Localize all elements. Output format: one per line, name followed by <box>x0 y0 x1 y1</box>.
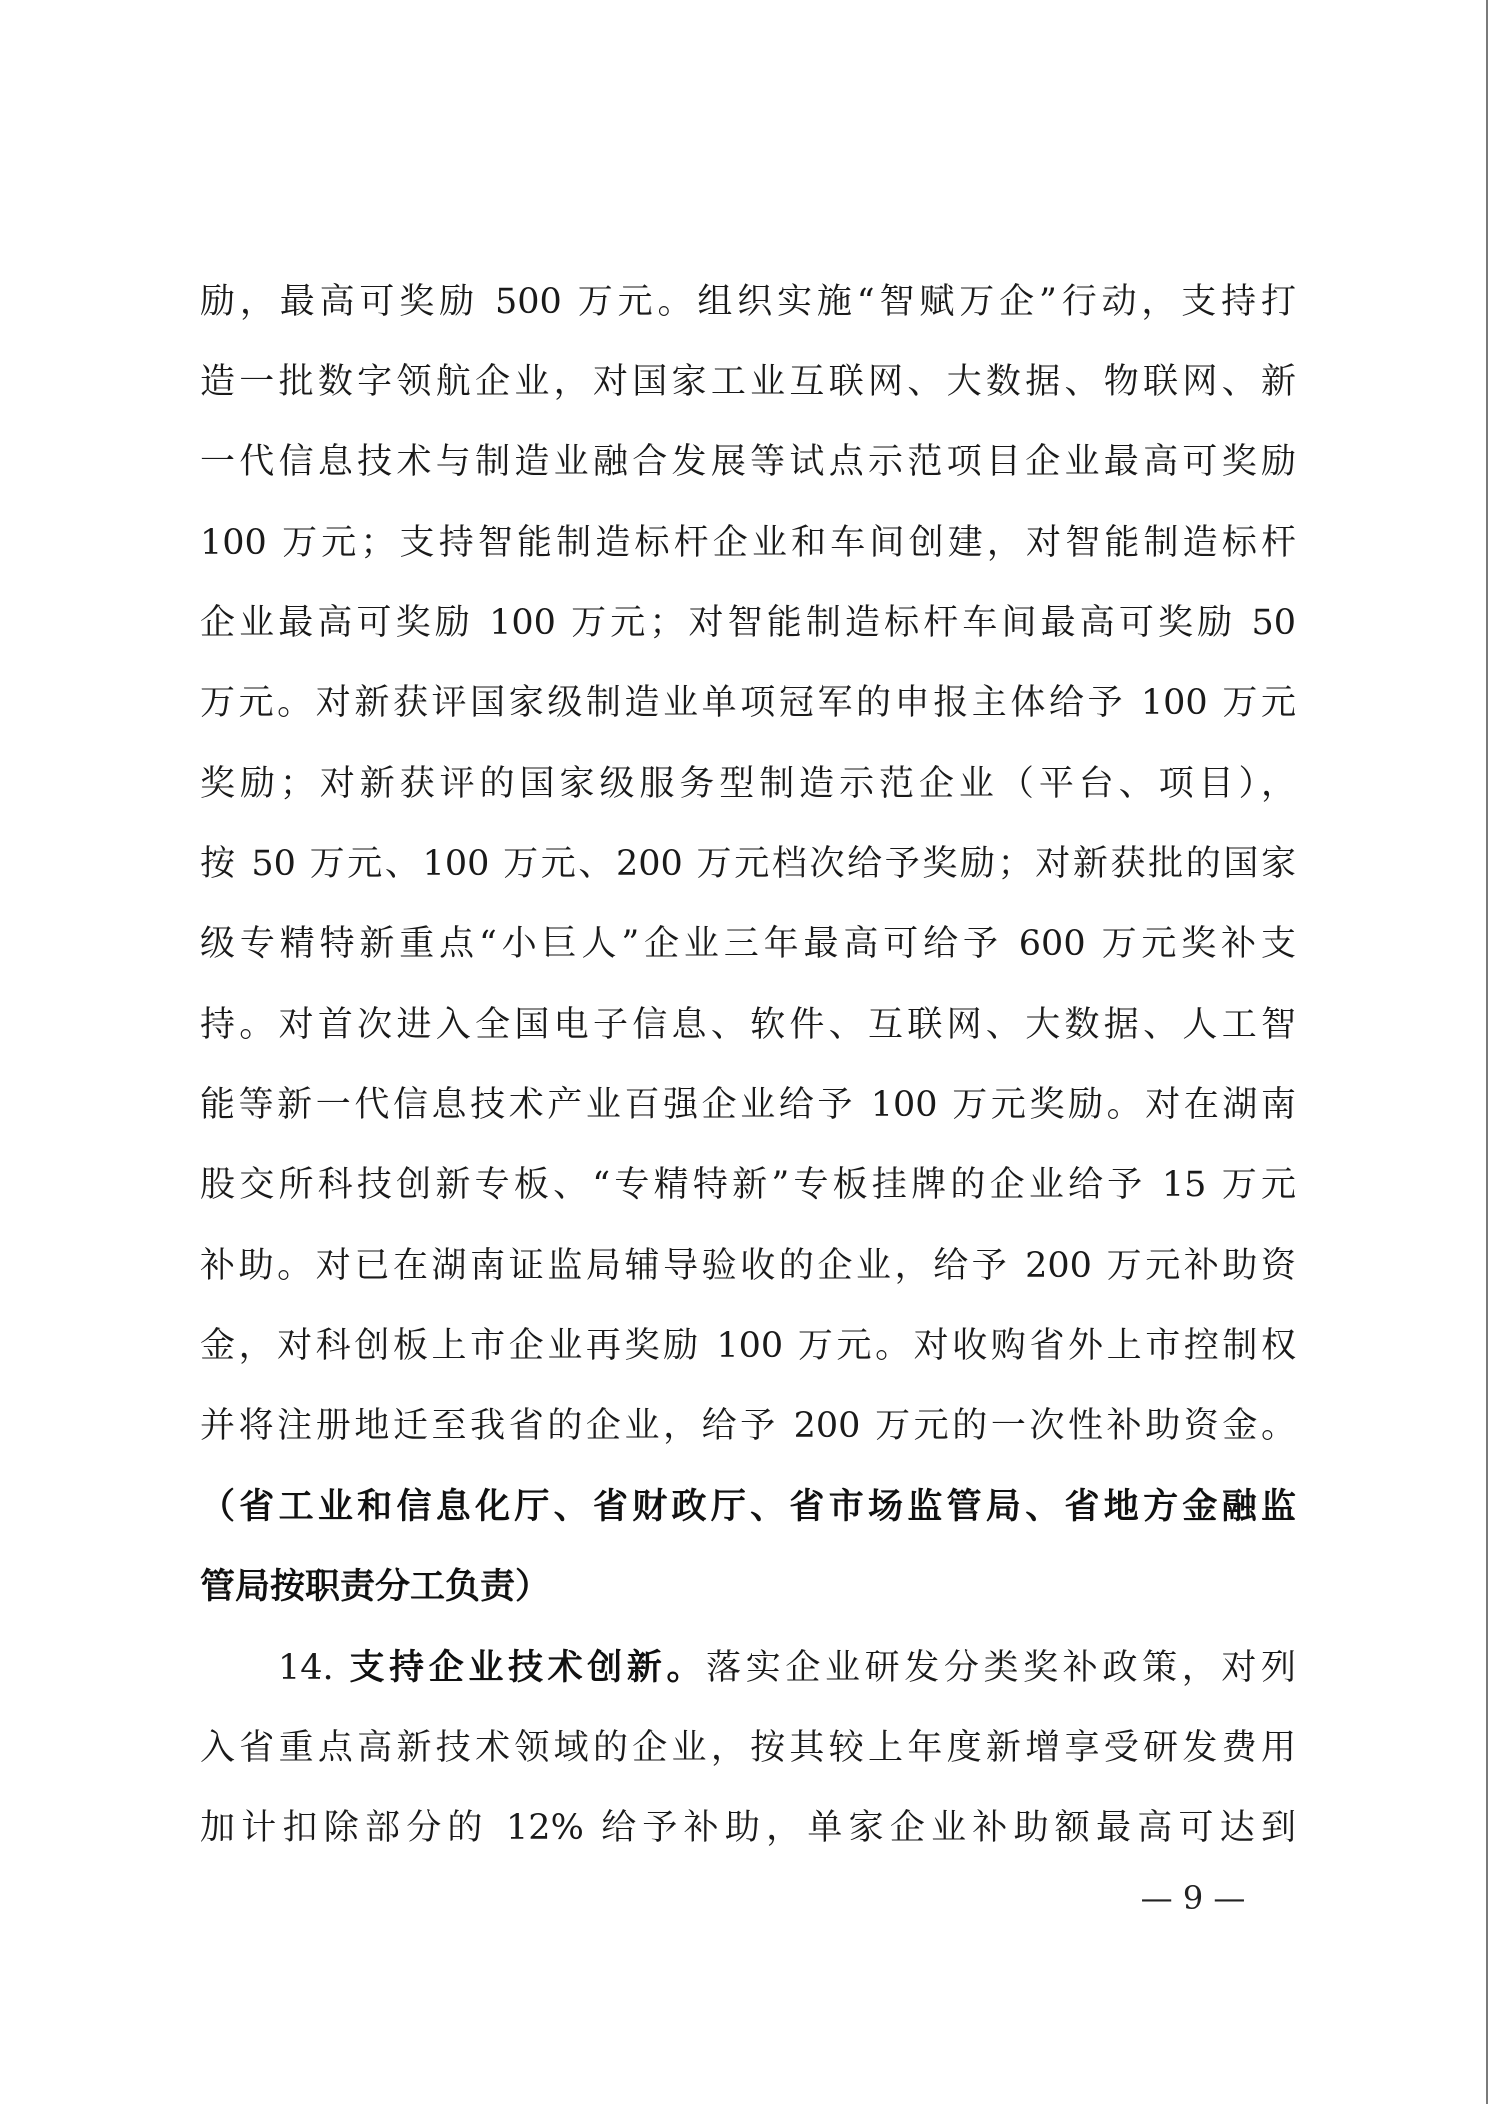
document-page: 励，最高可奖励 500 万元。组织实施“智赋万企”行动，支持打 造一批数字领航企… <box>0 0 1488 2104</box>
body-text-line: 加计扣除部分的 12% 给予补助，单家企业补助额最高可达到 <box>200 1806 1296 1850</box>
responsibility-note-line: 管局按职责分工负责） <box>200 1565 1296 1609</box>
body-text-line: 入省重点高新技术领域的企业，按其较上年度新增享受研发费用 <box>200 1726 1296 1770</box>
body-text-line: 能等新一代信息技术产业百强企业给予 100 万元奖励。对在湖南 <box>200 1083 1296 1127</box>
body-text-line: 持。对首次进入全国电子信息、软件、互联网、大数据、人工智 <box>200 1003 1296 1047</box>
body-text-line: 按 50 万元、100 万元、200 万元档次给予奖励；对新获批的国家 <box>200 842 1296 886</box>
body-text-line: 企业最高可奖励 100 万元；对智能制造标杆车间最高可奖励 50 <box>200 601 1296 645</box>
body-text-line: 一代信息技术与制造业融合发展等试点示范项目企业最高可奖励 <box>200 440 1296 484</box>
body-text-line: 奖励；对新获评的国家级服务型制造示范企业（平台、项目）， <box>200 762 1296 806</box>
body-text-line: 股交所科技创新专板、“专精特新”专板挂牌的企业给予 15 万元 <box>200 1163 1296 1207</box>
section-number: 14. <box>278 1648 334 1688</box>
body-text-line: 补助。对已在湖南证监局辅导验收的企业，给予 200 万元补助资 <box>200 1244 1296 1288</box>
body-text-line: 级专精特新重点“小巨人”企业三年最高可给予 600 万元奖补支 <box>200 922 1296 966</box>
body-text-line: 金，对科创板上市企业再奖励 100 万元。对收购省外上市控制权 <box>200 1324 1296 1368</box>
section-14-first-line: 14. 支持企业技术创新。落实企业研发分类奖补政策，对列 <box>278 1646 1296 1690</box>
body-text-line: 并将注册地迁至我省的企业，给予 200 万元的一次性补助资金。 <box>200 1404 1296 1448</box>
section-text: 落实企业研发分类奖补政策，对列 <box>706 1648 1296 1688</box>
page-number: — 9 — <box>1120 1878 1266 1918</box>
responsibility-note-line: （省工业和信息化厅、省财政厅、省市场监管局、省地方金融监 <box>200 1485 1296 1529</box>
body-text-line: 100 万元；支持智能制造标杆企业和车间创建，对智能制造标杆 <box>200 521 1296 565</box>
body-text-line: 励，最高可奖励 500 万元。组织实施“智赋万企”行动，支持打 <box>200 280 1296 324</box>
body-text-line: 造一批数字领航企业，对国家工业互联网、大数据、物联网、新 <box>200 360 1296 404</box>
body-text-line: 万元。对新获评国家级制造业单项冠军的申报主体给予 100 万元 <box>200 681 1296 725</box>
section-heading: 支持企业技术创新。 <box>349 1647 706 1688</box>
